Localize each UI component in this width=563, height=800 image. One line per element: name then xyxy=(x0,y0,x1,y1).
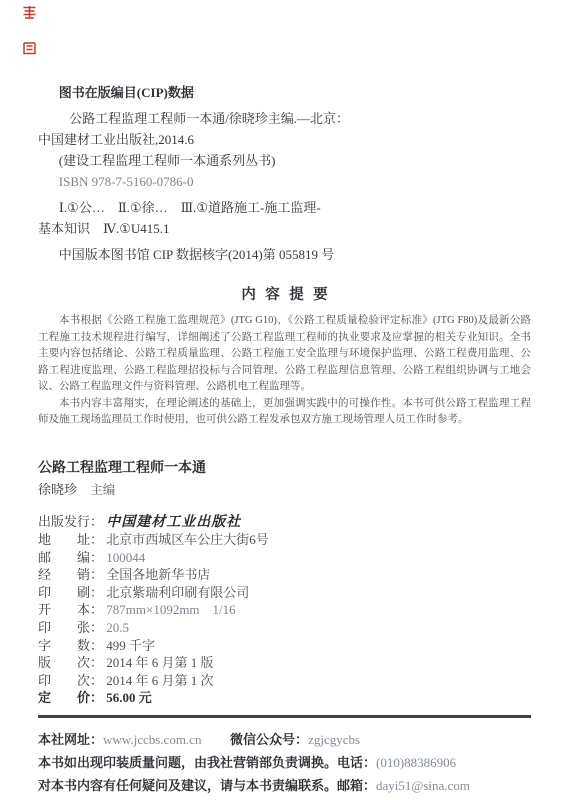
book-author-line: 徐晓珍 主编 xyxy=(38,479,531,501)
colophon-row-distribution: 经 销： 全国各地新华书店 xyxy=(38,566,531,584)
colophon-row-edition: 版 次： 2014 年 6 月第 1 版 xyxy=(38,654,531,672)
cip-entry-line1: 公路工程监理工程师一本通/徐晓珍主编.—北京： xyxy=(69,108,531,129)
colophon-row-printer: 印 刷： 北京紫瑞利印刷有限公司 xyxy=(38,584,531,602)
email-address: dayi51@sina.com xyxy=(376,778,470,793)
summary-paragraph-1: 本书根据《公路工程施工监理规范》(JTG G10)、《公路工程质量检验评定标准》… xyxy=(38,313,531,396)
cip-isbn: ISBN 978-7-5160-0786-0 xyxy=(59,171,531,192)
author-name: 徐晓珍 xyxy=(38,482,77,497)
quality-notice: 本书如出现印装质量问题，由我社营销部负责调换。电话： xyxy=(38,755,376,770)
footer-feedback-line: 对本书内容有任何疑问及建议，请与本书责编联系。邮箱：dayi51@sina.co… xyxy=(38,774,531,797)
footer-quality-line: 本书如出现印装质量问题，由我社营销部负责调换。电话：(010)88386906 xyxy=(38,751,531,774)
summary-text: 本书根据《公路工程施工监理规范》(JTG G10)、《公路工程质量检验评定标准》… xyxy=(38,313,531,429)
cip-block: 图书在版编目(CIP)数据 公路工程监理工程师一本通/徐晓珍主编.—北京： 中国… xyxy=(38,82,531,265)
author-role: 主编 xyxy=(90,483,115,497)
summary-paragraph-2: 本书内容丰富翔实，在理论阐述的基础上，更加强调实践中的可操作性。本书可供公路工程… xyxy=(38,396,531,429)
wechat-id: zgjcgycbs xyxy=(308,732,360,747)
website-label: 本社网址： xyxy=(38,732,103,747)
website-url: www.jccbs.com.cn xyxy=(103,732,201,747)
book-title: 公路工程监理工程师一本通 xyxy=(38,459,531,479)
colophon: 出版发行： 中国建材工业出版社 地 址： 北京市西城区车公庄大街6号 邮 编： … xyxy=(38,513,531,708)
cip-series: (建设工程监理工程师一本通系列丛书) xyxy=(59,150,531,171)
colophon-row-wordcount: 字 数： 499 千字 xyxy=(38,637,531,655)
red-stamp-icon xyxy=(22,5,37,25)
publisher-name: 中国建材工业出版社 xyxy=(106,515,241,530)
phone-number: (010)88386906 xyxy=(376,755,456,770)
wechat-label: 微信公众号： xyxy=(230,732,308,747)
book-block: 公路工程监理工程师一本通 徐晓珍 主编 xyxy=(38,459,531,501)
footer-block: 本社网址：www.jccbs.com.cn微信公众号：zgjcgycbs 本书如… xyxy=(38,715,531,797)
cip-entry-line2: 中国建材工业出版社,2014.6 xyxy=(38,129,531,150)
cip-heading: 图书在版编目(CIP)数据 xyxy=(59,82,531,103)
cip-classification-line2: 基本知识 Ⅳ.①U415.1 xyxy=(38,218,531,239)
summary-title: 内容提要 xyxy=(38,283,531,304)
copyright-page: 图书在版编目(CIP)数据 公路工程监理工程师一本通/徐晓珍主编.—北京： 中国… xyxy=(0,0,563,800)
footer-website-line: 本社网址：www.jccbs.com.cn微信公众号：zgjcgycbs xyxy=(38,728,531,751)
colophon-row-sheets: 印 张： 20.5 xyxy=(38,619,531,637)
cip-classification-line1: Ⅰ.①公… Ⅱ.①徐… Ⅲ.①道路施工-施工监理- xyxy=(59,197,531,218)
colophon-row-price: 定 价： 56.00 元 xyxy=(38,689,531,707)
colophon-row-format: 开 本： 787mm×1092mm 1/16 xyxy=(38,601,531,619)
colophon-row-impression: 印 次： 2014 年 6 月第 1 次 xyxy=(38,672,531,690)
red-stamp-icon xyxy=(22,41,37,61)
colophon-row-postcode: 邮 编： 100044 xyxy=(38,549,531,567)
cip-record-number: 中国版本图书馆 CIP 数据核字(2014)第 055819 号 xyxy=(59,244,531,265)
feedback-notice: 对本书内容有任何疑问及建议，请与本书责编联系。邮箱： xyxy=(38,778,376,793)
colophon-row-publisher: 出版发行： 中国建材工业出版社 xyxy=(38,513,531,532)
colophon-row-address: 地 址： 北京市西城区车公庄大街6号 xyxy=(38,531,531,549)
